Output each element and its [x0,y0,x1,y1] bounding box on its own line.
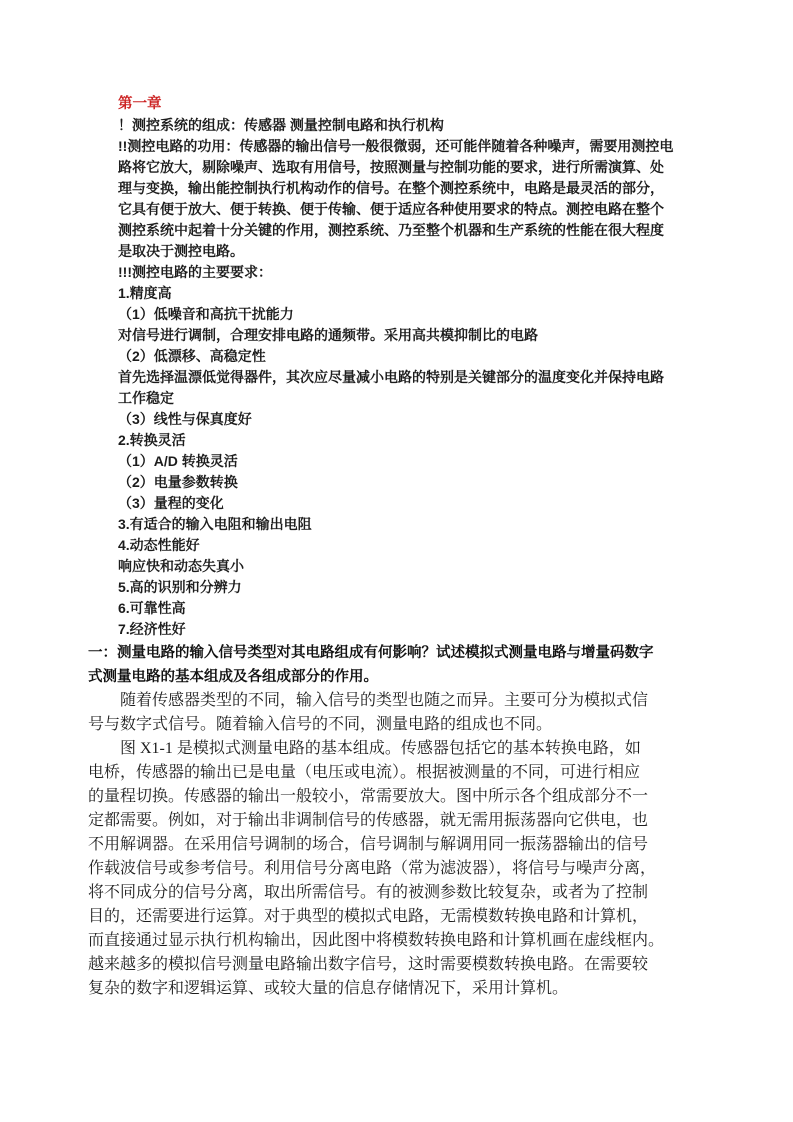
text-line: 理与变换，输出能控制执行机构动作的信号。在整个测控系统中，电路是最灵活的部分， [118,178,680,199]
chapter-heading: 第一章 [118,94,680,115]
text-line: 7.经济性好 [118,619,680,640]
text-line: 将不同成分的信号分离，取出所需信号。有的被测参数比较复杂，或者为了控制 [88,881,686,905]
question-heading: 一：测量电路的输入信号类型对其电路组成有何影响？试述模拟式测量电路与增量码数字式… [88,641,684,689]
text-line: （3）量程的变化 [118,493,680,514]
text-line: 响应快和动态失真小 [118,556,680,577]
text-line: 的量程切换。传感器的输出一般较小，常需要放大。图中所示各个组成部分不一 [88,785,686,809]
text-line: （2）低漂移、高稳定性 [118,346,680,367]
text-line: （1）低噪音和高抗干扰能力 [118,304,680,325]
text-line: 不用解调器。在采用信号调制的场合，信号调制与解调用同一振荡器输出的信号 [88,833,686,857]
text-line: 对信号进行调制，合理安排电路的通频带。采用高共模抑制比的电路 [118,325,680,346]
text-line: 一：测量电路的输入信号类型对其电路组成有何影响？试述模拟式测量电路与增量码数字 [88,641,684,665]
text-line: 测控系统中起着十分关键的作用，测控系统、乃至整个机器和生产系统的性能在很大程度 [118,220,680,241]
text-line: 复杂的数字和逻辑运算、或较大量的信息存储情况下，采用计算机。 [88,977,686,1001]
text-line: （3）线性与保真度好 [118,409,680,430]
text-line: 号与数字式信号。随着输入信号的不同，测量电路的组成也不同。 [88,713,686,737]
text-line: 首先选择温漂低觉得器件，其次应尽量减小电路的特别是关键部分的温度变化并保持电路 [118,367,680,388]
text-line: （1）A/D 转换灵活 [118,451,680,472]
text-line: 工作稳定 [118,388,680,409]
text-line: 目的，还需要进行运算。对于典型的模拟式电路，无需模数转换电路和计算机， [88,905,686,929]
text-line: !!!测控电路的主要要求： [118,262,680,283]
text-line: 4.动态性能好 [118,535,680,556]
document-page: 第一章 ！测控系统的组成：传感器 测量控制电路和执行机构!!测控电路的功用：传感… [0,0,793,1122]
text-line: 随着传感器类型的不同，输入信号的类型也随之而异。主要可分为模拟式信 [88,689,686,713]
text-line: 5.高的识别和分辨力 [118,577,680,598]
answer-section: 随着传感器类型的不同，输入信号的类型也随之而异。主要可分为模拟式信号与数字式信号… [88,689,686,1001]
text-line: （2）电量参数转换 [118,472,680,493]
text-line: 式测量电路的基本组成及各组成部分的作用。 [88,665,684,689]
text-line: ！测控系统的组成：传感器 测量控制电路和执行机构 [118,115,680,136]
text-line: 6.可靠性高 [118,598,680,619]
text-line: 图 X1-1 是模拟式测量电路的基本组成。传感器包括它的基本转换电路，如 [88,737,686,761]
text-line: 路将它放大，剔除噪声、选取有用信号，按照测量与控制功能的要求，进行所需演算、处 [118,157,680,178]
text-line: 1.精度高 [118,283,680,304]
outline-section: 第一章 ！测控系统的组成：传感器 测量控制电路和执行机构!!测控电路的功用：传感… [118,94,680,640]
text-line: 它具有便于放大、便于转换、便于传输、便于适应各种使用要求的特点。测控电路在整个 [118,199,680,220]
text-line: 电桥，传感器的输出已是电量（电压或电流）。根据被测量的不同，可进行相应 [88,761,686,785]
text-line: 2.转换灵活 [118,430,680,451]
outline-lines: ！测控系统的组成：传感器 测量控制电路和执行机构!!测控电路的功用：传感器的输出… [118,115,680,640]
text-line: 定都需要。例如，对于输出非调制信号的传感器，就无需用振荡器向它供电，也 [88,809,686,833]
text-line: !!测控电路的功用：传感器的输出信号一般很微弱，还可能伴随着各种噪声，需要用测控… [118,136,680,157]
text-line: 越来越多的模拟信号测量电路输出数字信号，这时需要模数转换电路。在需要较 [88,953,686,977]
text-line: 作载波信号或参考信号。利用信号分离电路（常为滤波器），将信号与噪声分离， [88,857,686,881]
text-line: 3.有适合的输入电阻和输出电阻 [118,514,680,535]
text-line: 而直接通过显示执行机构输出，因此图中将模数转换电路和计算机画在虚线框内。 [88,929,686,953]
text-line: 是取决于测控电路。 [118,241,680,262]
